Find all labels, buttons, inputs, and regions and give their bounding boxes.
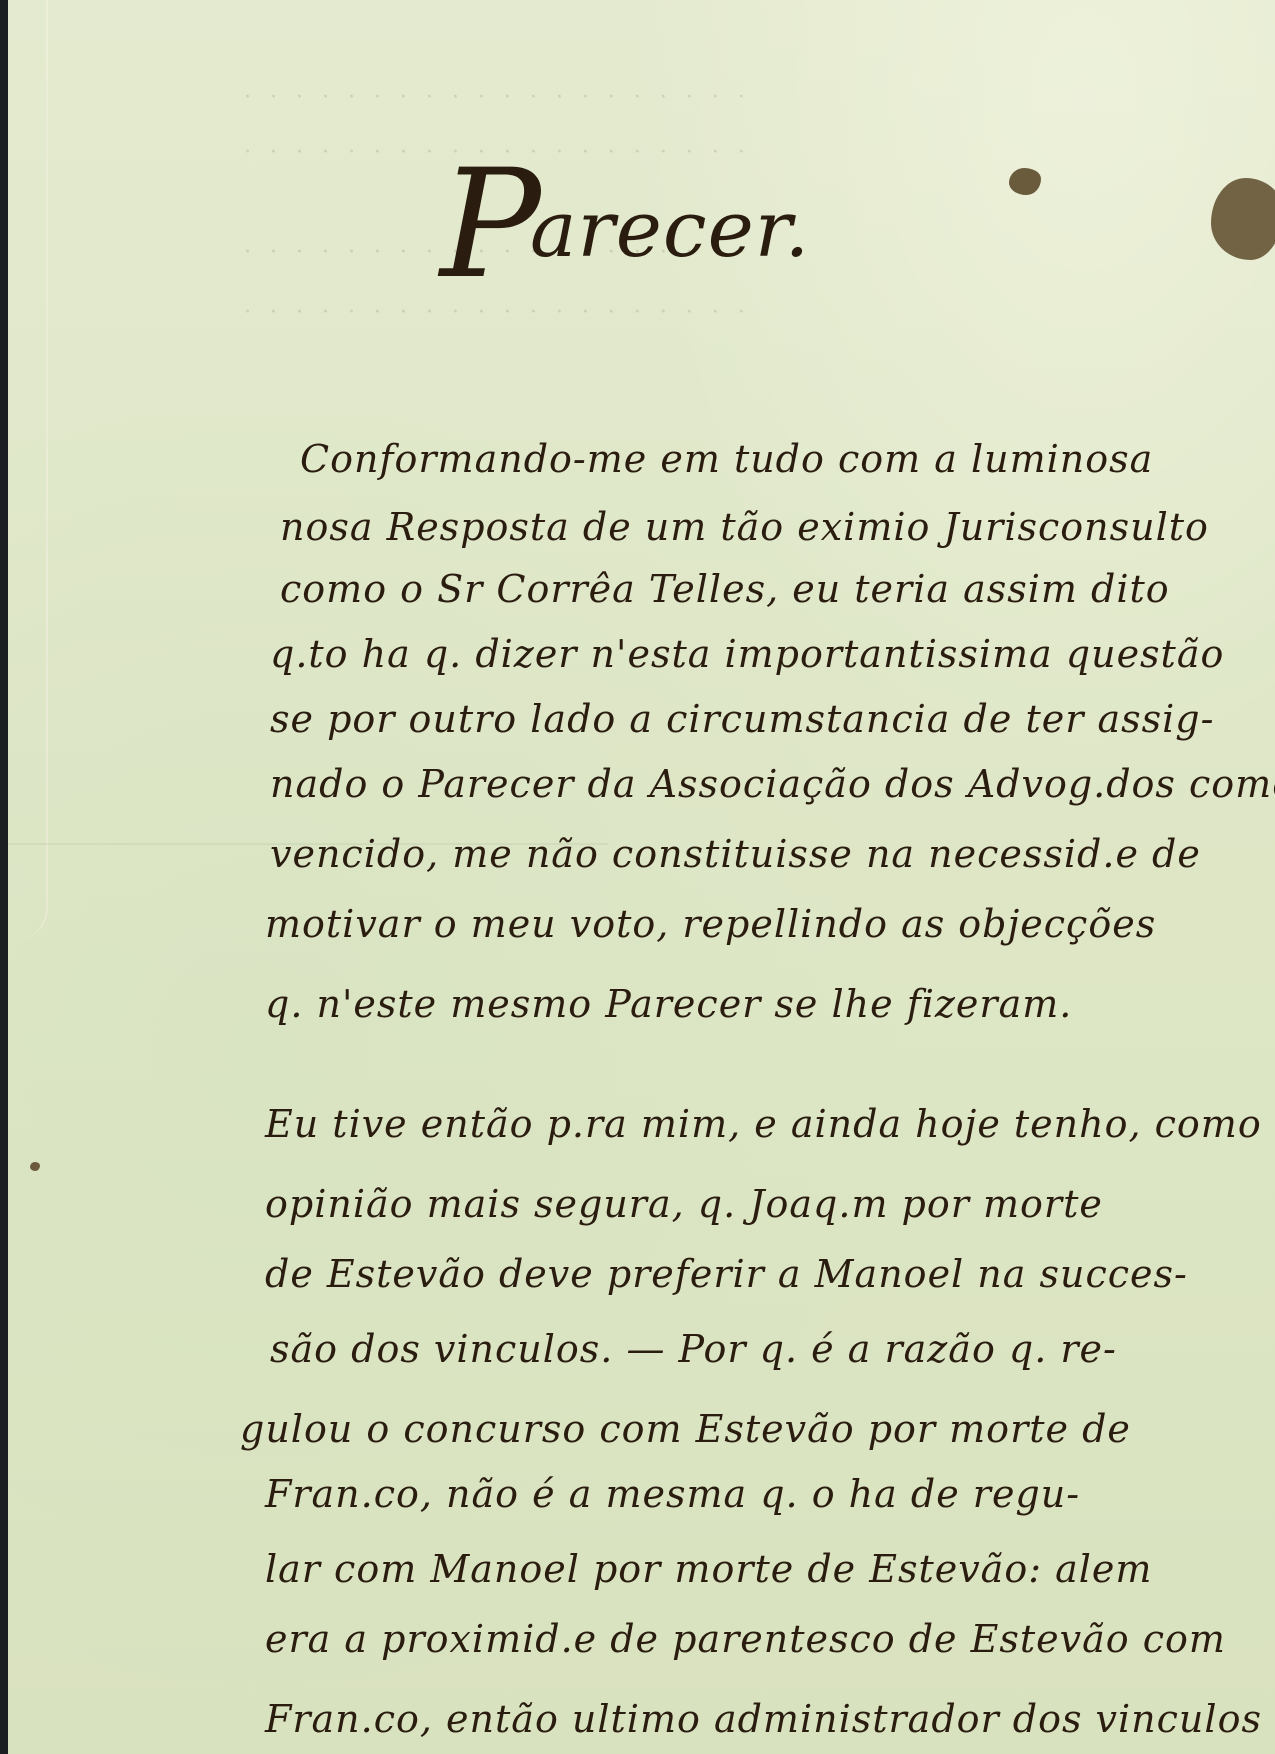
text-line: Eu tive então p.ra mim, e ainda hoje ten… <box>265 1105 1262 1143</box>
document-title: Parecer. <box>440 150 810 300</box>
text-line: motivar o meu voto, repellindo as objecç… <box>265 905 1156 943</box>
text-line: são dos vinculos. — Por q. é a razão q. … <box>270 1330 1117 1368</box>
text-line: de Estevão deve preferir a Manoel na suc… <box>265 1255 1188 1293</box>
text-line: era a proximid.e de parentesco de Estevã… <box>265 1620 1226 1658</box>
text-line: opinião mais segura, q. Joaq.m por morte <box>265 1185 1103 1223</box>
text-line: como o Sr Corrêa Telles, eu teria assim … <box>280 570 1170 608</box>
text-line: Fran.co, então ultimo administrador dos … <box>265 1700 1262 1738</box>
text-line: nado o Parecer da Associação dos Advog.d… <box>270 765 1275 803</box>
text-line: Fran.co, não é a mesma q. o ha de regu- <box>265 1475 1080 1513</box>
text-line: gulou o concurso com Estevão por morte d… <box>240 1410 1131 1448</box>
text-line: Conformando-me em tudo com a luminosa <box>300 440 1153 478</box>
text-line: vencido, me não constituisse na necessid… <box>270 835 1201 873</box>
text-line: nosa Resposta de um tão eximio Juriscons… <box>280 508 1209 546</box>
text-line: q.to ha q. dizer n'esta importantissima … <box>270 635 1224 673</box>
text-line: se por outro lado a circumstancia de ter… <box>270 700 1214 738</box>
text-line: lar com Manoel por morte de Estevão: ale… <box>265 1550 1152 1588</box>
text-line: q. n'este mesmo Parecer se lhe fizeram. <box>265 985 1072 1023</box>
manuscript-text: Parecer. Conformando-me em tudo com a lu… <box>0 0 1275 1754</box>
